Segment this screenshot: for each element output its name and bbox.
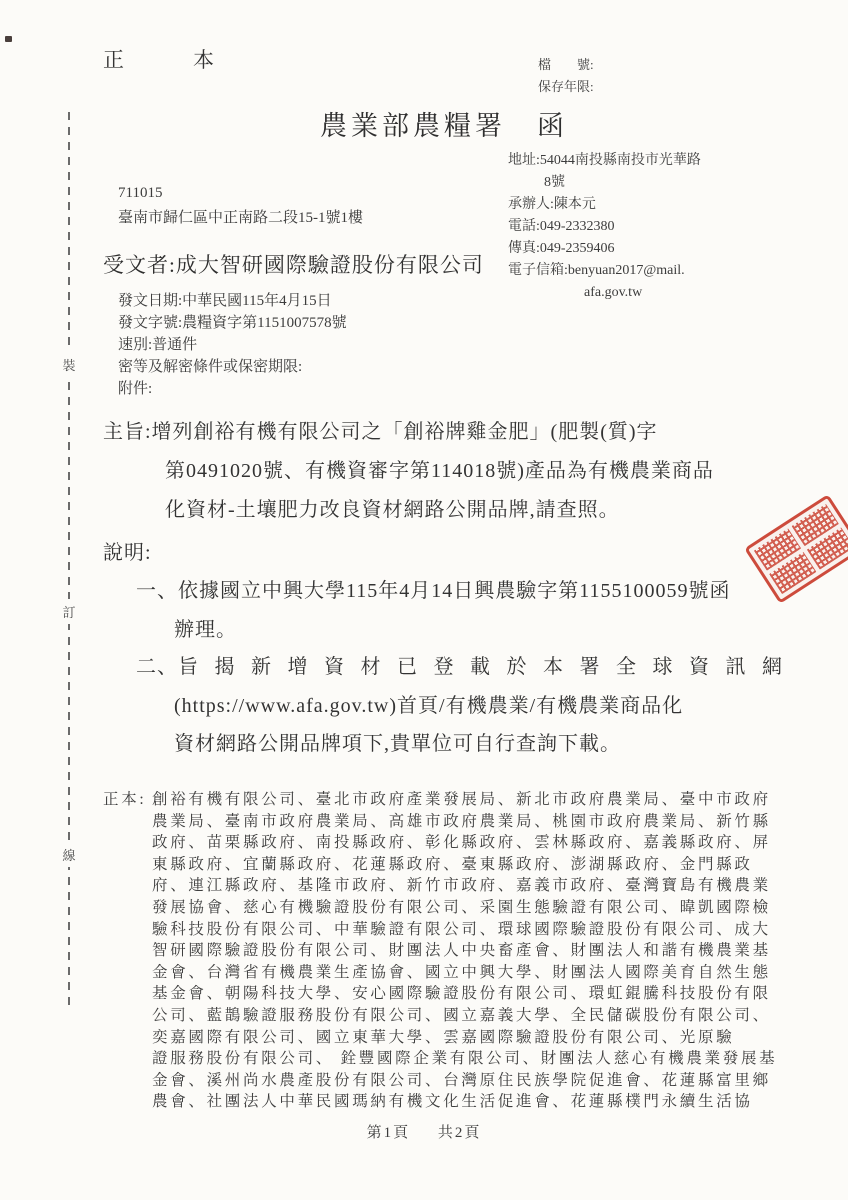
document-meta-block: 發文日期:中華民國115年4月15日發文字號:農糧資字第1151007578號速… [118, 290, 347, 400]
text-line: 發文字號:農糧資字第1151007578號 [118, 312, 347, 334]
subject-block: 主旨:增列創裕有機有限公司之「創裕牌雞金肥」(肥製(質)字第0491020號、有… [103, 413, 753, 530]
text-line: 農會、社團法人中華民國瑪納有機文化生活促進會、花蓮縣樸門永續生活協 [152, 1091, 815, 1113]
agency-address-line2: 8號 [508, 172, 818, 194]
text-line: 化資材-土壤肥力改良資材網路公開品牌,請查照。 [103, 491, 753, 530]
text-line: 密等及解密條件或保密期限: [118, 356, 347, 378]
text-line: 金會、溪州尚水農產股份有限公司、台灣原住民族學院促進會、花蓮縣富里鄉 [152, 1070, 815, 1092]
text-line: 東縣政府、宜蘭縣政府、花蓮縣政府、臺東縣政府、澎湖縣政府、金門縣政 [152, 854, 815, 876]
item1-line1: 一、依據國立中興大學115年4月14日興農驗字第1155100059號函 [103, 572, 803, 611]
binding-dashed-line [68, 112, 70, 1010]
agency-address-line1: 地址:54044南投縣南投市光華路 [508, 150, 818, 172]
agency-contact-block: 地址:54044南投縣南投市光華路 8號 承辦人:陳本元 電話:049-2332… [508, 150, 818, 304]
zhengben-label: 正本: [103, 789, 146, 811]
agency-email-line2: afa.gov.tw [508, 282, 818, 304]
text-line: 證服務股份有限公司、 銓豐國際企業有限公司、財團法人慈心有機農業發展基 [152, 1048, 815, 1070]
binding-mark-zhuang: 裝 [60, 352, 78, 377]
text-line: 附件: [118, 378, 347, 400]
text-line: 農業局、臺南市政府農業局、高雄市政府農業局、桃園市政府農業局、新竹縣 [152, 811, 815, 833]
item1-line2: 辦理。 [103, 611, 803, 650]
item2-line3: 資材網路公開品牌項下,貴單位可自行查詢下載。 [103, 725, 803, 764]
agency-email-line1: 電子信箱:benyuan2017@mail. [508, 260, 818, 282]
text-line: 驗科技股份有限公司、中華驗證有限公司、環球國際驗證股份有限公司、成大 [152, 919, 815, 941]
agency-phone: 電話:049-2332380 [508, 216, 818, 238]
item2-label: 二、 [136, 656, 178, 678]
text-line: 基金會、朝陽科技大學、安心國際驗證股份有限公司、環虹錕騰科技股份有限 [152, 983, 815, 1005]
text-line: 政府、苗栗縣政府、南投縣政府、彰化縣政府、雲林縣政府、嘉義縣政府、屏 [152, 832, 815, 854]
page-footer: 第1頁 共2頁 [0, 1121, 848, 1142]
item2-line2: (https://www.afa.gov.tw)首頁/有機農業/有機農業商品化 [103, 687, 803, 726]
recipient-address-block: 711015 臺南市歸仁區中正南路二段15-1號1樓 [118, 181, 363, 231]
text-line: 創裕有機有限公司、臺北市政府產業發展局、新北市政府農業局、臺中市政府 [152, 789, 815, 811]
text-line: 發文日期:中華民國115年4月15日 [118, 290, 347, 312]
document-title: 農業部農糧署 函 [320, 104, 568, 143]
text-line: 第0491020號、有機資審字第114018號)產品為有機農業商品 [103, 452, 753, 491]
file-number-label: 檔 號: [538, 54, 594, 76]
recipient-zip: 711015 [118, 181, 363, 206]
copy-type-label: 正 本 [103, 44, 238, 74]
text-line: 發展協會、慈心有機驗證股份有限公司、采園生態驗證有限公司、暐凱國際檢 [152, 897, 815, 919]
explanation-item-2: 二、旨揭新增資材已登載於本署全球資訊網 (https://www.afa.gov… [103, 648, 803, 764]
agency-fax: 傳真:049-2359406 [508, 238, 818, 260]
binding-mark-ding: 訂 [60, 599, 78, 624]
explanation-heading: 說明: [103, 536, 152, 565]
footer-total-pages: 共2頁 [438, 1125, 482, 1141]
text-line: 速別:普通件 [118, 334, 347, 356]
explanation-item-1: 一、依據國立中興大學115年4月14日興農驗字第1155100059號函 辦理。 [103, 572, 803, 649]
item2-line1-text: 旨揭新增資材已登載於本署全球資訊網 [178, 656, 799, 678]
retention-label: 保存年限: [538, 76, 594, 98]
text-line: 公司、藍鵲驗證服務股份有限公司、國立嘉義大學、全民儲碳股份有限公司、 [152, 1005, 815, 1027]
original-copy-recipients-block: 正本: 創裕有機有限公司、臺北市政府產業發展局、新北市政府農業局、臺中市政府農業… [103, 789, 815, 1113]
agency-contact-person: 承辦人:陳本元 [508, 194, 818, 216]
recipient-street: 臺南市歸仁區中正南路二段15-1號1樓 [118, 206, 363, 231]
text-line: 奕嘉國際有限公司、國立東華大學、雲嘉國際驗證股份有限公司、光原驗 [152, 1027, 815, 1049]
binding-mark-xian: 線 [60, 842, 78, 867]
text-line: 智研國際驗證股份有限公司、財團法人中央畜產會、財團法人和諧有機農業基 [152, 940, 815, 962]
file-number-block: 檔 號: 保存年限: [538, 54, 594, 98]
scan-artifact-speck [5, 36, 12, 42]
recipient-line: 受文者:成大智研國際驗證股份有限公司 [103, 249, 484, 279]
scanned-official-letter-page: { "document": { "copy_type": "正 本", "fil… [0, 0, 848, 1200]
text-line: 府、連江縣政府、基隆市政府、新竹市政府、嘉義市政府、臺灣寶島有機農業 [152, 875, 815, 897]
text-line: 金會、台灣省有機農業生產協會、國立中興大學、財團法人國際美育自然生態 [152, 962, 815, 984]
item2-line1: 二、旨揭新增資材已登載於本署全球資訊網 [103, 648, 803, 687]
text-line: 主旨:增列創裕有機有限公司之「創裕牌雞金肥」(肥製(質)字 [103, 413, 753, 452]
zhengben-lines: 創裕有機有限公司、臺北市政府產業發展局、新北市政府農業局、臺中市政府農業局、臺南… [152, 789, 815, 1113]
footer-page-number: 第1頁 [367, 1125, 411, 1141]
